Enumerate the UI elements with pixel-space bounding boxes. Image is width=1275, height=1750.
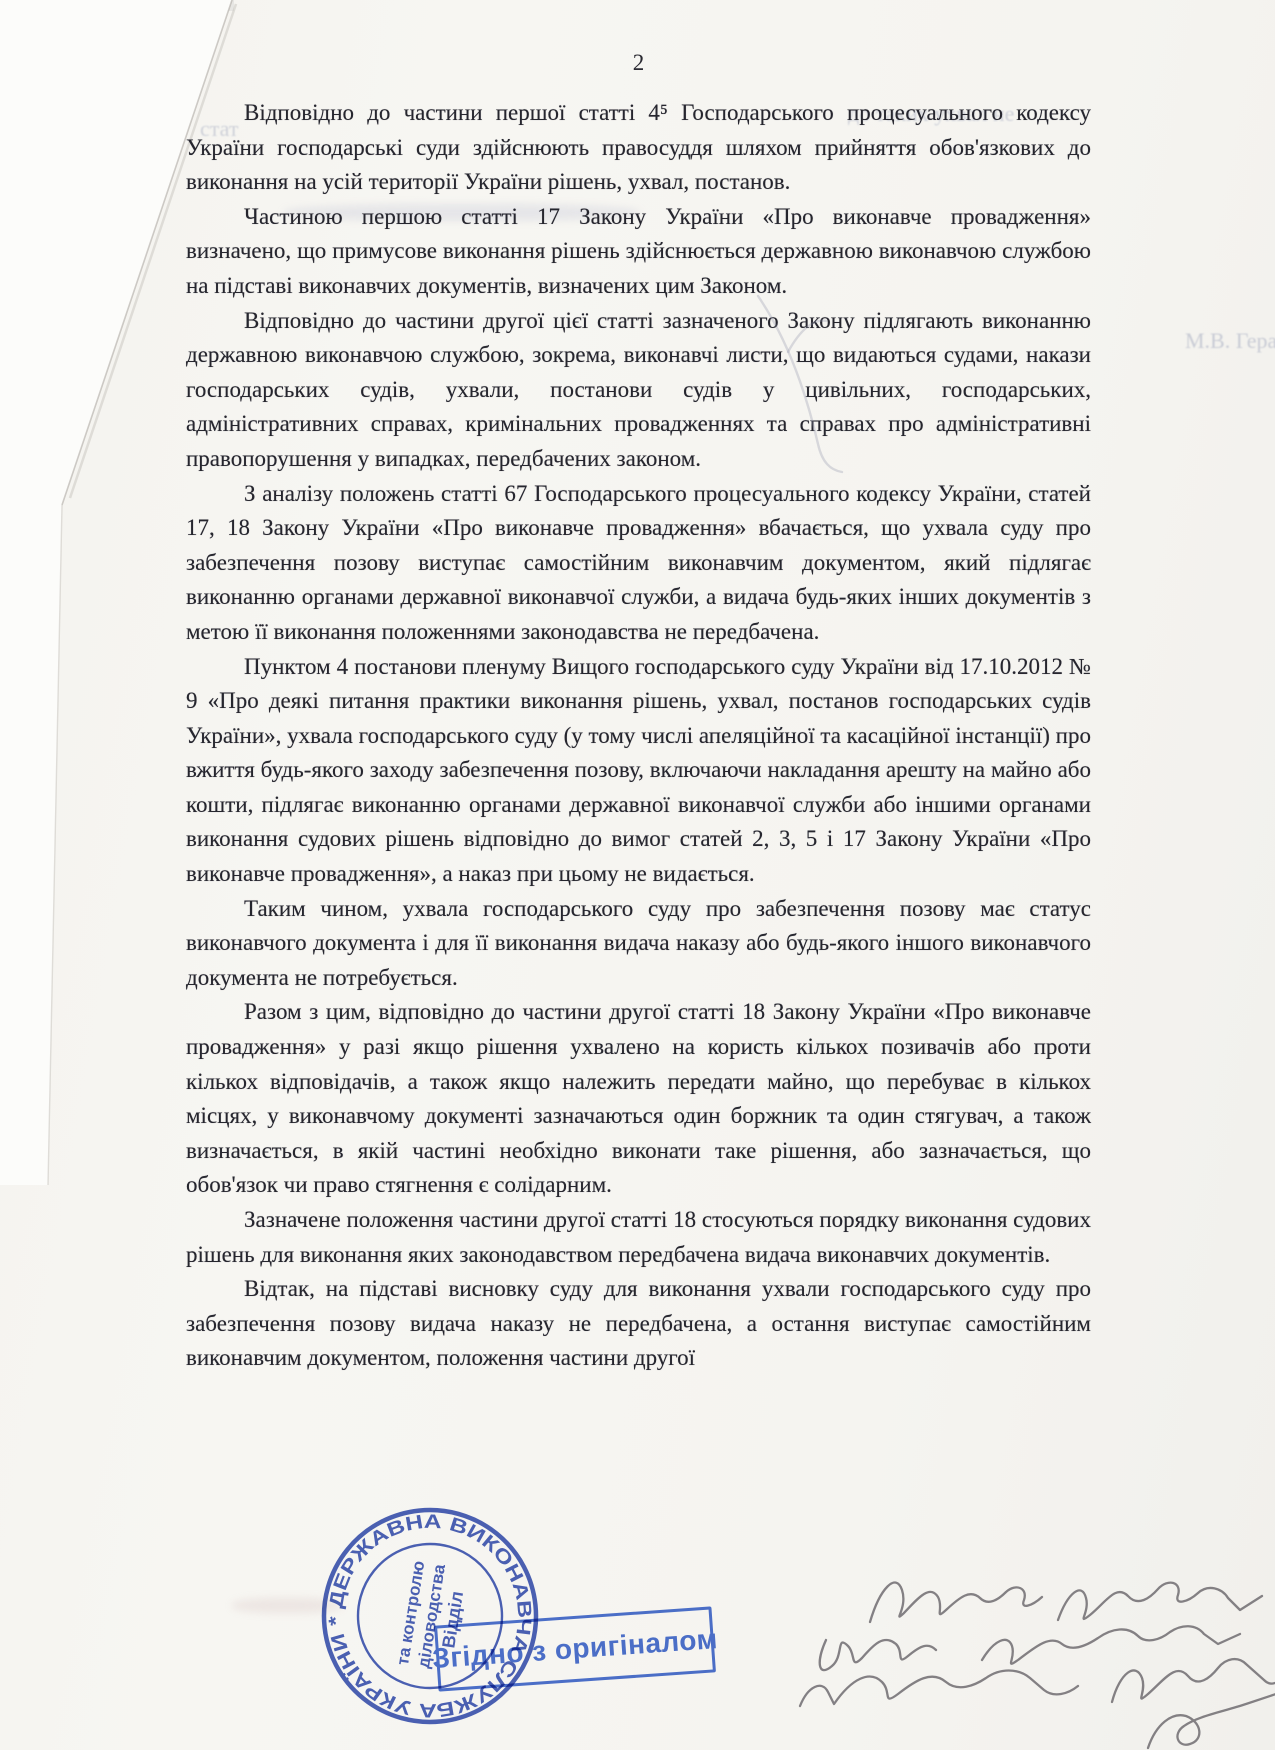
- signature-stroke: [800, 1671, 1078, 1707]
- signature-stroke: [870, 1583, 1042, 1622]
- document-body: Відповідно до частини першої статті 4⁵ Г…: [186, 96, 1091, 1376]
- paragraph: Разом з цим, відповідно до частини друго…: [186, 995, 1091, 1203]
- signature-stroke: [1148, 1694, 1275, 1748]
- paragraph: Пунктом 4 постанови пленуму Вищого госпо…: [186, 650, 1091, 892]
- sheet-edge-line: [48, 505, 62, 1185]
- scan-edge-strip: [0, 0, 234, 11]
- paragraph: Зазначене положення частини другої статт…: [186, 1203, 1091, 1272]
- signature-stroke: [1112, 1659, 1275, 1702]
- signature-stroke: [820, 1640, 936, 1670]
- signature-stroke: [982, 1626, 1240, 1663]
- page-number: 2: [186, 50, 1091, 76]
- paragraph: Відповідно до частини другої цієї статті…: [186, 304, 1091, 477]
- paragraph: Частиною першою статті 17 Закону України…: [186, 200, 1091, 304]
- paragraph: Відповідно до частини першої статті 4⁵ Г…: [186, 96, 1091, 200]
- round-seal: * ДЕРЖАВНА ВИКОНАВЧА СЛУЖБА УКРАЇНИ та к…: [300, 1486, 559, 1745]
- scanned-document-page: стат до таких ухвал не М.В. Герасимюк 2 …: [0, 0, 1275, 1750]
- paragraph: Відтак, на підставі висновку суду для ви…: [186, 1272, 1091, 1376]
- seal-center-text: та контролю діловодства Відділ: [393, 1559, 471, 1673]
- bleedthrough-signatory-name: М.В. Герасимюк: [1185, 328, 1275, 354]
- signature-stroke: [1058, 1583, 1262, 1620]
- paragraph: З аналізу положень статті 67 Господарськ…: [186, 477, 1091, 650]
- paragraph: Таким чином, ухвала господарського суду …: [186, 892, 1091, 996]
